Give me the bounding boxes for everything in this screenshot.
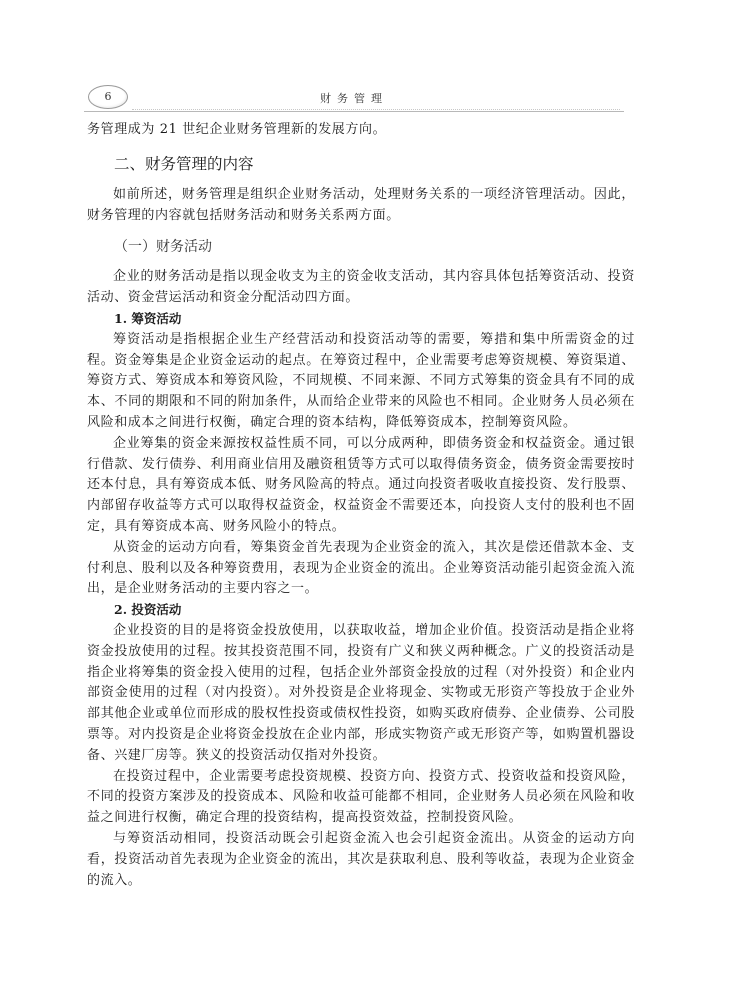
item-heading-investment: 2. 投资活动 [114, 600, 635, 621]
paragraph: 与筹资活动相同，投资活动既会引起资金流入也会引起资金流出。从资金的运动方向看，投… [87, 829, 635, 891]
header-rule [84, 111, 624, 112]
paragraph: 在投资过程中，企业需要考虑投资规模、投资方向、投资方式、投资收益和投资风险，不同… [87, 767, 635, 829]
running-title: 财务管理 [84, 90, 624, 106]
paragraph: 从资金的运动方向看，筹集资金首先表现为企业资金的流入，其次是偿还借款本金、支付利… [87, 538, 635, 600]
header-dotted-rule [132, 109, 620, 110]
section-intro: 如前所述，财务管理是组织企业财务活动，处理财务关系的一项经济管理活动。因此，财务… [87, 185, 635, 227]
page-body: 务管理成为 21 世纪企业财务管理新的发展方向。 二、财务管理的内容 如前所述，… [87, 120, 635, 891]
subsection-intro: 企业的财务活动是指以现金收支为主的资金收支活动，其内容具体包括筹资活动、投资活动… [87, 267, 635, 309]
paragraph: 企业筹集的资金来源按权益性质不同，可以分成两种，即债务资金和权益资金。通过银行借… [87, 434, 635, 538]
paragraph: 筹资活动是指根据企业生产经营活动和投资活动等的需要，筹措和集中所需资金的过程。资… [87, 330, 635, 434]
paragraph: 企业投资的目的是将资金投放使用，以获取收益，增加企业价值。投资活动是指企业将资金… [87, 621, 635, 767]
page-header: 6 财务管理 [84, 84, 624, 112]
section-heading: 二、财务管理的内容 [114, 153, 635, 175]
subsection-heading: （一）财务活动 [114, 236, 635, 258]
intro-continuation: 务管理成为 21 世纪企业财务管理新的发展方向。 [87, 120, 635, 141]
item-heading-financing: 1. 筹资活动 [114, 309, 635, 330]
